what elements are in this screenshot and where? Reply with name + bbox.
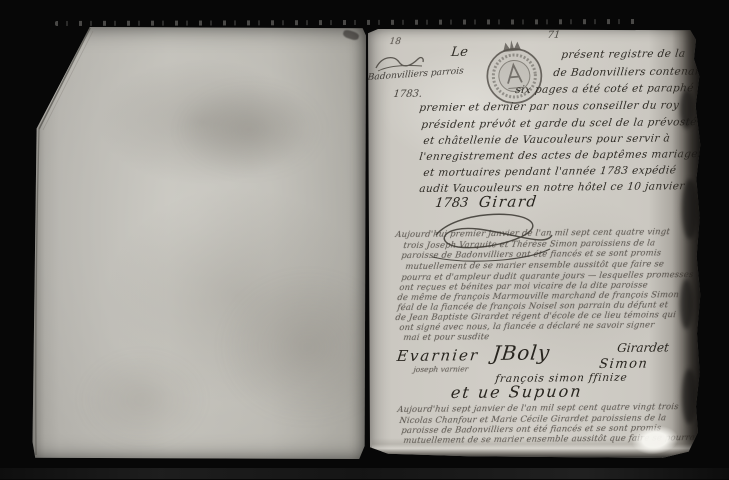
scanned-register-image: 71 18 Badonvilliers parrois 1783. Le pré…	[0, 0, 729, 480]
signature-subscript: joseph varnier	[413, 364, 469, 374]
fold-crease-lines	[25, 27, 366, 459]
page-edge-speckles	[55, 19, 640, 26]
certification-line: premier et dernier par nous conseiller d…	[419, 99, 680, 114]
left-blank-page	[25, 27, 366, 459]
signature: Evarnier	[396, 346, 480, 365]
scanner-table-band	[0, 468, 729, 479]
certification-opening: Le	[450, 45, 469, 60]
worn-edge-blob	[682, 369, 697, 424]
certification-line: président prévôt et garde du scel de la …	[421, 116, 698, 131]
torn-corner-highlight	[631, 424, 680, 457]
margin-note-year: 1783.	[393, 89, 423, 100]
certification-line: et châtellenie de Vaucouleurs pour servi…	[423, 132, 671, 147]
signature: et ue Supuon	[450, 382, 584, 402]
certification-line: présent registre de la	[561, 48, 687, 61]
certification-line: et mortuaires pendant l'année 1783 expéd…	[423, 164, 677, 179]
right-written-page: 71 18 Badonvilliers parrois 1783. Le pré…	[368, 29, 702, 458]
margin-mark: 18	[389, 37, 402, 47]
act-line: ont signé avec nous, la fiancée a déclar…	[399, 319, 655, 332]
page-number: 71	[547, 30, 561, 41]
worn-edge-blob	[682, 179, 698, 239]
worn-edge-blob	[680, 279, 693, 329]
act-line: mai et pour susdite	[403, 331, 490, 342]
official-ink-stamp-icon	[479, 34, 549, 109]
certification-line: l'enregistrement des actes de baptêmes m…	[419, 148, 705, 163]
certification-line: audit Vaucouleurs en notre hôtel ce 10 j…	[419, 180, 686, 195]
signature: Simon	[598, 356, 649, 372]
signature: Girardet	[616, 340, 669, 355]
signature: JBoly	[491, 340, 551, 365]
worn-edge-blob	[680, 89, 694, 129]
